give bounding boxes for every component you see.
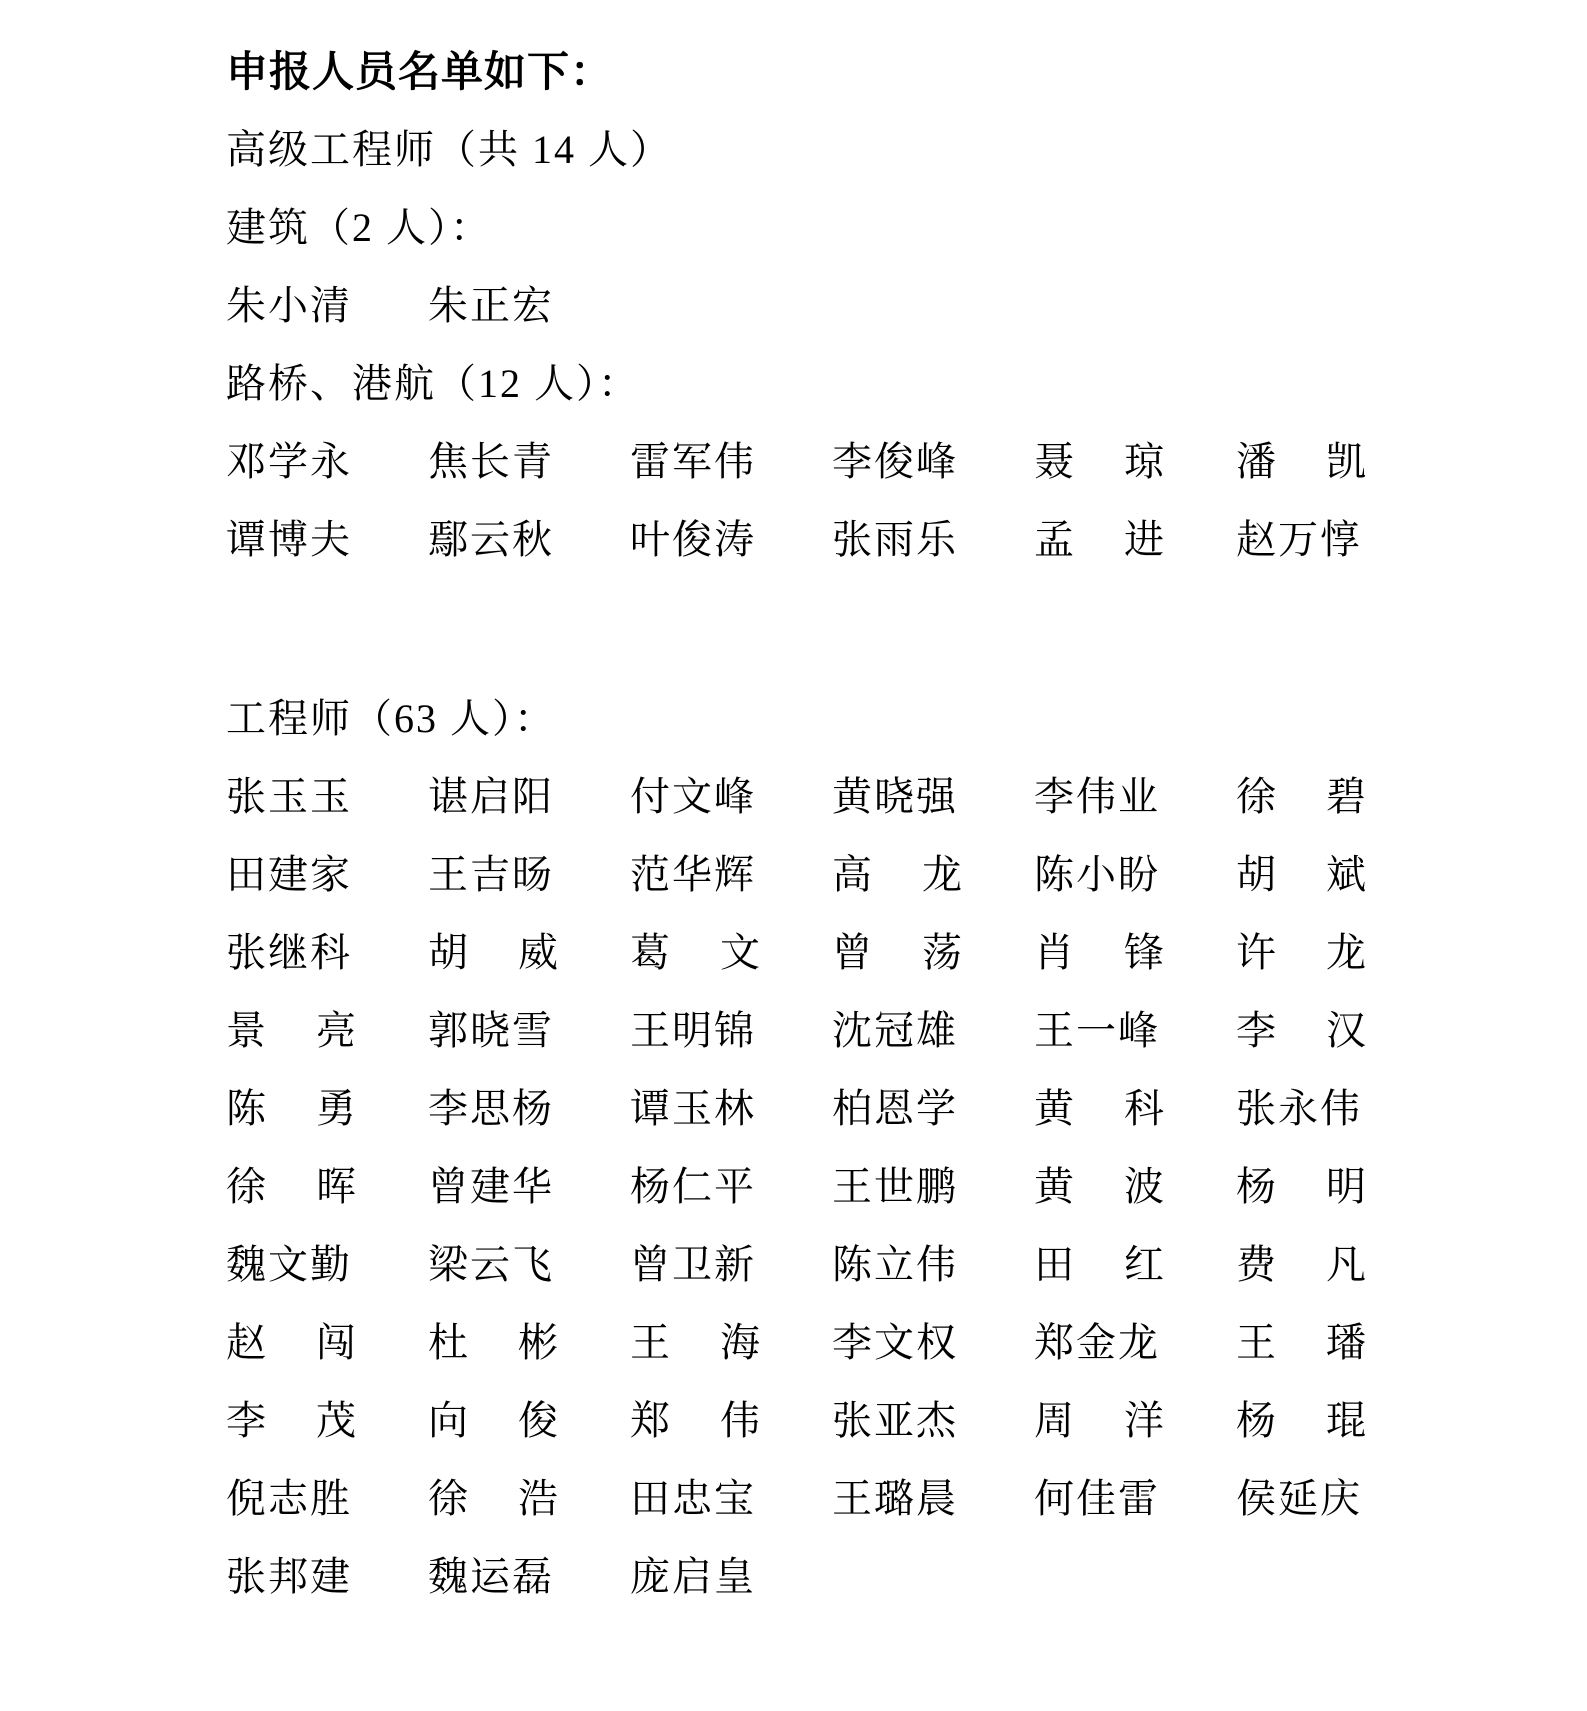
person-name: 田红 — [1034, 1243, 1164, 1287]
person-name: 胡斌 — [1236, 853, 1366, 897]
name-row: 谭博夫鄢云秋叶俊涛张雨乐孟进赵万惇 — [226, 518, 1497, 562]
person-name: 胡威 — [428, 931, 558, 975]
person-name: 高龙 — [832, 853, 962, 897]
person-name: 朱正宏 — [428, 284, 558, 328]
person-name: 曾建华 — [428, 1165, 558, 1209]
person-name: 王一峰 — [1034, 1009, 1164, 1053]
person-name: 聂琼 — [1034, 440, 1164, 484]
name-row: 李茂向俊郑伟张亚杰周洋杨琨 — [226, 1399, 1497, 1443]
person-name: 曾卫新 — [630, 1243, 760, 1287]
person-name: 魏运磊 — [428, 1555, 558, 1599]
person-name: 鄢云秋 — [428, 518, 558, 562]
person-name: 郑伟 — [630, 1399, 760, 1443]
name-row: 魏文勤梁云飞曾卫新陈立伟田红费凡 — [226, 1243, 1497, 1287]
person-name: 向俊 — [428, 1399, 558, 1443]
page-title: 申报人员名单如下： — [226, 50, 1497, 94]
person-name: 李伟业 — [1034, 775, 1164, 819]
person-name: 田忠宝 — [630, 1477, 760, 1521]
name-row: 倪志胜徐浩田忠宝王璐晨何佳雷侯延庆 — [226, 1477, 1497, 1521]
person-name: 张邦建 — [226, 1555, 356, 1599]
person-name: 黄科 — [1034, 1087, 1164, 1131]
name-row: 张继科胡威葛文曾荡肖锋许龙 — [226, 931, 1497, 975]
sections-container: 高级工程师（共 14 人）建筑（2 人）：朱小清朱正宏路桥、港航（12 人）：邓… — [226, 128, 1497, 1599]
person-name: 张亚杰 — [832, 1399, 962, 1443]
person-name: 周洋 — [1034, 1399, 1164, 1443]
name-row: 徐晖曾建华杨仁平王世鹏黄波杨明 — [226, 1165, 1497, 1209]
person-name: 李俊峰 — [832, 440, 962, 484]
person-name: 田建家 — [226, 853, 356, 897]
person-name: 王海 — [630, 1321, 760, 1365]
name-row: 张邦建魏运磊庞启皇 — [226, 1555, 1497, 1599]
person-name: 李汉 — [1236, 1009, 1366, 1053]
group-label: 建筑（2 人）： — [226, 206, 1497, 250]
person-name: 侯延庆 — [1236, 1477, 1366, 1521]
person-name: 雷军伟 — [630, 440, 760, 484]
person-name: 王世鹏 — [832, 1165, 962, 1209]
person-name: 孟进 — [1034, 518, 1164, 562]
name-row: 朱小清朱正宏 — [226, 284, 1497, 328]
person-name: 陈小盼 — [1034, 853, 1164, 897]
person-name: 张雨乐 — [832, 518, 962, 562]
name-row: 赵闯杜彬王海李文权郑金龙王璠 — [226, 1321, 1497, 1365]
person-name: 陈勇 — [226, 1087, 356, 1131]
name-row: 景亮郭晓雪王明锦沈冠雄王一峰李汉 — [226, 1009, 1497, 1053]
person-name: 何佳雷 — [1034, 1477, 1164, 1521]
person-name: 李茂 — [226, 1399, 356, 1443]
person-name: 黄波 — [1034, 1165, 1164, 1209]
person-name: 徐碧 — [1236, 775, 1366, 819]
person-name: 肖锋 — [1034, 931, 1164, 975]
person-name: 邓学永 — [226, 440, 356, 484]
person-name: 谌启阳 — [428, 775, 558, 819]
person-name: 王璠 — [1236, 1321, 1366, 1365]
person-name: 朱小清 — [226, 284, 356, 328]
person-name: 郭晓雪 — [428, 1009, 558, 1053]
person-name: 梁云飞 — [428, 1243, 558, 1287]
person-name: 徐浩 — [428, 1477, 558, 1521]
name-row: 张玉玉谌启阳付文峰黄晓强李伟业徐碧 — [226, 775, 1497, 819]
person-name: 赵万惇 — [1236, 518, 1366, 562]
document-page: 申报人员名单如下： 高级工程师（共 14 人）建筑（2 人）：朱小清朱正宏路桥、… — [0, 0, 1587, 1711]
person-name: 魏文勤 — [226, 1243, 356, 1287]
person-name: 杨琨 — [1236, 1399, 1366, 1443]
person-name: 赵闯 — [226, 1321, 356, 1365]
person-name: 李文权 — [832, 1321, 962, 1365]
person-name: 杜彬 — [428, 1321, 558, 1365]
person-name: 张继科 — [226, 931, 356, 975]
person-name: 费凡 — [1236, 1243, 1366, 1287]
person-name: 杨仁平 — [630, 1165, 760, 1209]
person-name: 潘凯 — [1236, 440, 1366, 484]
name-row: 陈勇李思杨谭玉林柏恩学黄科张永伟 — [226, 1087, 1497, 1131]
person-name: 陈立伟 — [832, 1243, 962, 1287]
person-name: 张永伟 — [1236, 1087, 1366, 1131]
person-name: 谭博夫 — [226, 518, 356, 562]
person-name: 付文峰 — [630, 775, 760, 819]
person-name: 王吉旸 — [428, 853, 558, 897]
person-name: 杨明 — [1236, 1165, 1366, 1209]
section-engineer: 工程师（63 人）：张玉玉谌启阳付文峰黄晓强李伟业徐碧田建家王吉旸范华辉高龙陈小… — [226, 697, 1497, 1599]
person-name: 徐晖 — [226, 1165, 356, 1209]
person-name: 王明锦 — [630, 1009, 760, 1053]
person-name: 庞启皇 — [630, 1555, 760, 1599]
name-row: 田建家王吉旸范华辉高龙陈小盼胡斌 — [226, 853, 1497, 897]
person-name: 葛文 — [630, 931, 760, 975]
person-name: 谭玉林 — [630, 1087, 760, 1131]
person-name: 范华辉 — [630, 853, 760, 897]
person-name: 许龙 — [1236, 931, 1366, 975]
person-name: 焦长青 — [428, 440, 558, 484]
person-name: 王璐晨 — [832, 1477, 962, 1521]
person-name: 李思杨 — [428, 1087, 558, 1131]
section-heading: 工程师（63 人）： — [226, 697, 1497, 741]
person-name: 景亮 — [226, 1009, 356, 1053]
person-name: 叶俊涛 — [630, 518, 760, 562]
person-name: 黄晓强 — [832, 775, 962, 819]
person-name: 倪志胜 — [226, 1477, 356, 1521]
section-heading: 高级工程师（共 14 人） — [226, 128, 1497, 172]
name-row: 邓学永焦长青雷军伟李俊峰聂琼潘凯 — [226, 440, 1497, 484]
person-name: 张玉玉 — [226, 775, 356, 819]
person-name: 柏恩学 — [832, 1087, 962, 1131]
group-label: 路桥、港航（12 人）： — [226, 362, 1497, 406]
person-name: 郑金龙 — [1034, 1321, 1164, 1365]
person-name: 沈冠雄 — [832, 1009, 962, 1053]
person-name: 曾荡 — [832, 931, 962, 975]
section-senior-engineer: 高级工程师（共 14 人）建筑（2 人）：朱小清朱正宏路桥、港航（12 人）：邓… — [226, 128, 1497, 562]
